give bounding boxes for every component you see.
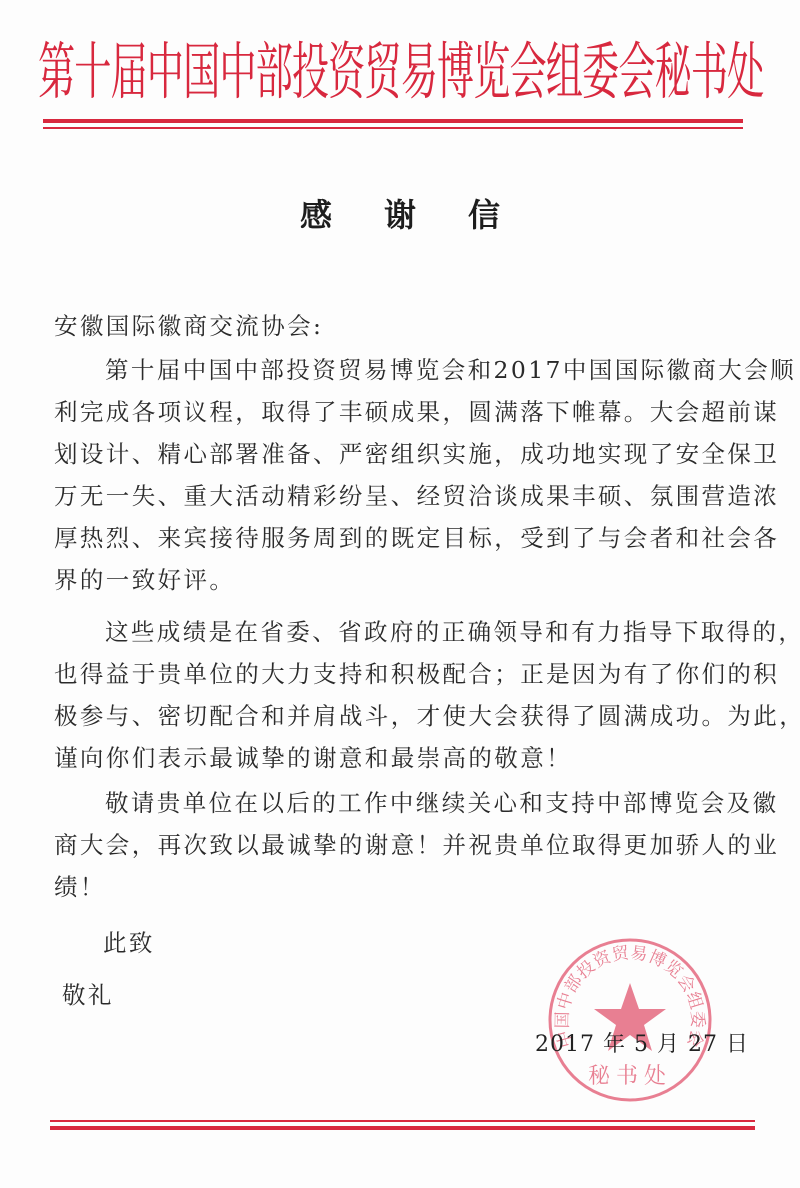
salutation: 安徽国际徽商交流协会: bbox=[54, 305, 323, 347]
letterhead-rule-thin bbox=[43, 127, 743, 129]
closing-line-2: 敬礼 bbox=[62, 974, 114, 1016]
paragraph-line: 商大会，再次致以最诚挚的谢意！并祝贵单位取得更加骄人的业 bbox=[54, 824, 779, 866]
paragraph-line: 厚热烈、来宾接待服务周到的既定目标，受到了与会者和社会各 bbox=[54, 517, 779, 559]
paragraph-line: 谨向你们表示最诚挚的谢意和最崇高的敬意！ bbox=[54, 737, 572, 779]
paragraph-line: 界的一致好评。 bbox=[54, 559, 235, 601]
paragraph-line: 极参与、密切配合和并肩战斗，才使大会获得了圆满成功。为此， bbox=[54, 695, 800, 737]
letterhead-title: 第十届中国中部投资贸易博览会组委会秘书处 bbox=[38, 19, 689, 128]
seal-bottom-text: 秘书处 bbox=[588, 1064, 672, 1089]
paragraph-line: 这些成绩是在省委、省政府的正确领导和有力指导下取得的， bbox=[105, 611, 800, 653]
footer-rule-thin bbox=[50, 1120, 755, 1122]
paragraph-line: 利完成各项议程，取得了丰硕成果，圆满落下帷幕。大会超前谋 bbox=[54, 391, 779, 433]
official-seal: 中国中部投资贸易博览会组委会 秘书处 bbox=[545, 935, 715, 1105]
footer-rule-thick bbox=[50, 1126, 755, 1130]
document-date: 2017 年 5 月 27 日 bbox=[535, 1028, 749, 1062]
paragraph-line: 万无一失、重大活动精彩纷呈、经贸洽谈成果丰硕、氛围营造浓 bbox=[54, 475, 779, 517]
paragraph-line: 绩！ bbox=[54, 866, 106, 908]
closing-line-1: 此致 bbox=[103, 922, 155, 964]
paragraph-line: 第十届中国中部投资贸易博览会和2017中国国际徽商大会顺 bbox=[105, 349, 796, 391]
letterhead-rule-thick bbox=[43, 119, 743, 123]
document-title: 感谢信 bbox=[0, 190, 800, 236]
paragraph-line: 也得益于贵单位的大力支持和积极配合；正是因为有了你们的积 bbox=[54, 653, 779, 695]
paragraph-line: 划设计、精心部署准备、严密组织实施，成功地实现了安全保卫 bbox=[54, 433, 779, 475]
paragraph-line: 敬请贵单位在以后的工作中继续关心和支持中部博览会及徽 bbox=[105, 782, 778, 824]
